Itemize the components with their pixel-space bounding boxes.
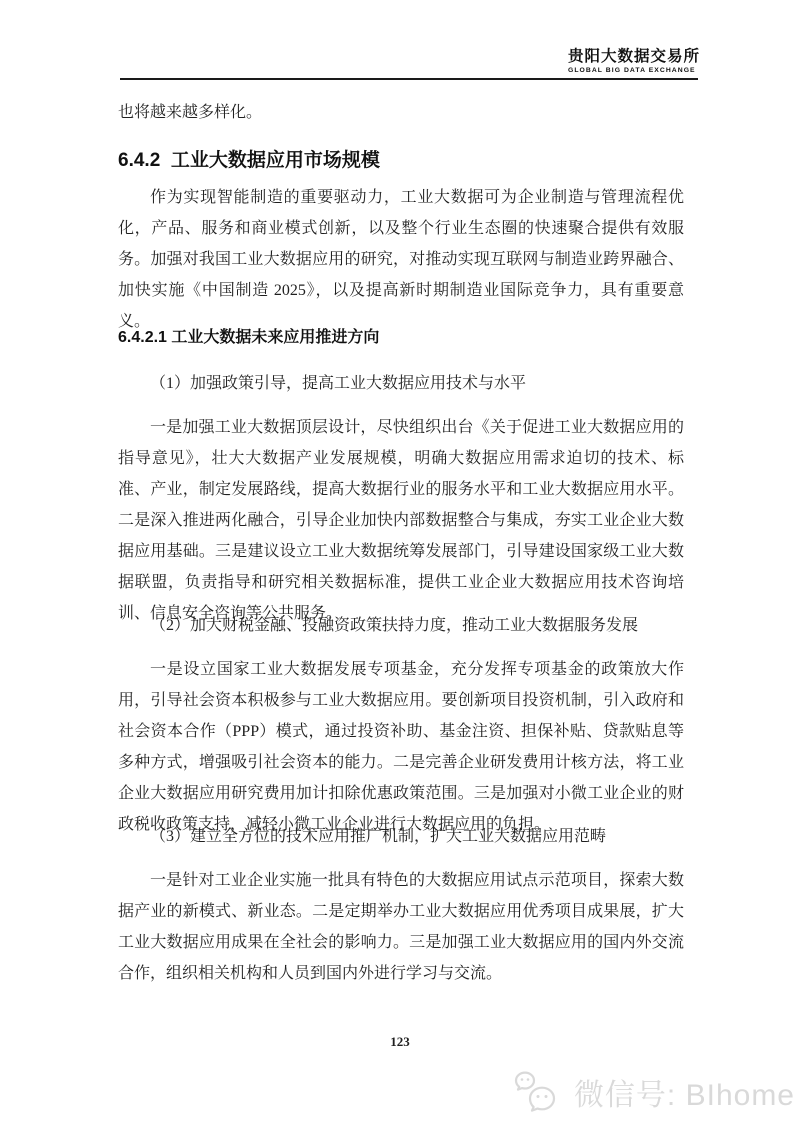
item-3-paragraph: 一是针对工业企业实施一批具有特色的大数据应用试点示范项目，探索大数据产业的新模式… bbox=[118, 865, 684, 989]
item-2-paragraph: 一是设立国家工业大数据发展专项基金，充分发挥专项基金的政策放大作用，引导社会资本… bbox=[118, 654, 684, 840]
wechat-watermark: 微信号: BIhome bbox=[513, 1070, 795, 1114]
continued-paragraph: 也将越来越多样化。 bbox=[118, 97, 684, 128]
item-1-heading: （1）加强政策引导，提高工业大数据应用技术与水平 bbox=[118, 368, 684, 399]
page-number: 123 bbox=[0, 1034, 800, 1050]
section-heading: 6.4.2 工业大数据应用市场规模 bbox=[118, 145, 380, 172]
header-divider bbox=[120, 78, 698, 80]
item-1-paragraph: 一是加强工业大数据顶层设计，尽快组织出台《关于促进工业大数据应用的指导意见》，壮… bbox=[118, 412, 684, 629]
header-logo: 贵阳大数据交易所 GLOBAL BIG DATA EXCHANGE bbox=[568, 48, 700, 74]
logo-title: 贵阳大数据交易所 bbox=[568, 48, 700, 66]
section-intro-paragraph: 作为实现智能制造的重要驱动力，工业大数据可为企业制造与管理流程优化，产品、服务和… bbox=[118, 182, 684, 337]
document-page: 贵阳大数据交易所 GLOBAL BIG DATA EXCHANGE 也将越来越多… bbox=[0, 0, 800, 1131]
subsection-heading: 6.4.2.1 工业大数据未来应用推进方向 bbox=[118, 324, 379, 347]
item-2-heading: （2）加大财税金融、投融资政策扶持力度，推动工业大数据服务发展 bbox=[118, 610, 684, 641]
watermark-text: 微信号: BIhome bbox=[574, 1070, 795, 1114]
item-3-heading: （3）建立全方位的技术应用推广机制，扩大工业大数据应用范畴 bbox=[118, 821, 684, 852]
logo-subtitle: GLOBAL BIG DATA EXCHANGE bbox=[568, 67, 700, 74]
wechat-icon bbox=[513, 1070, 565, 1114]
